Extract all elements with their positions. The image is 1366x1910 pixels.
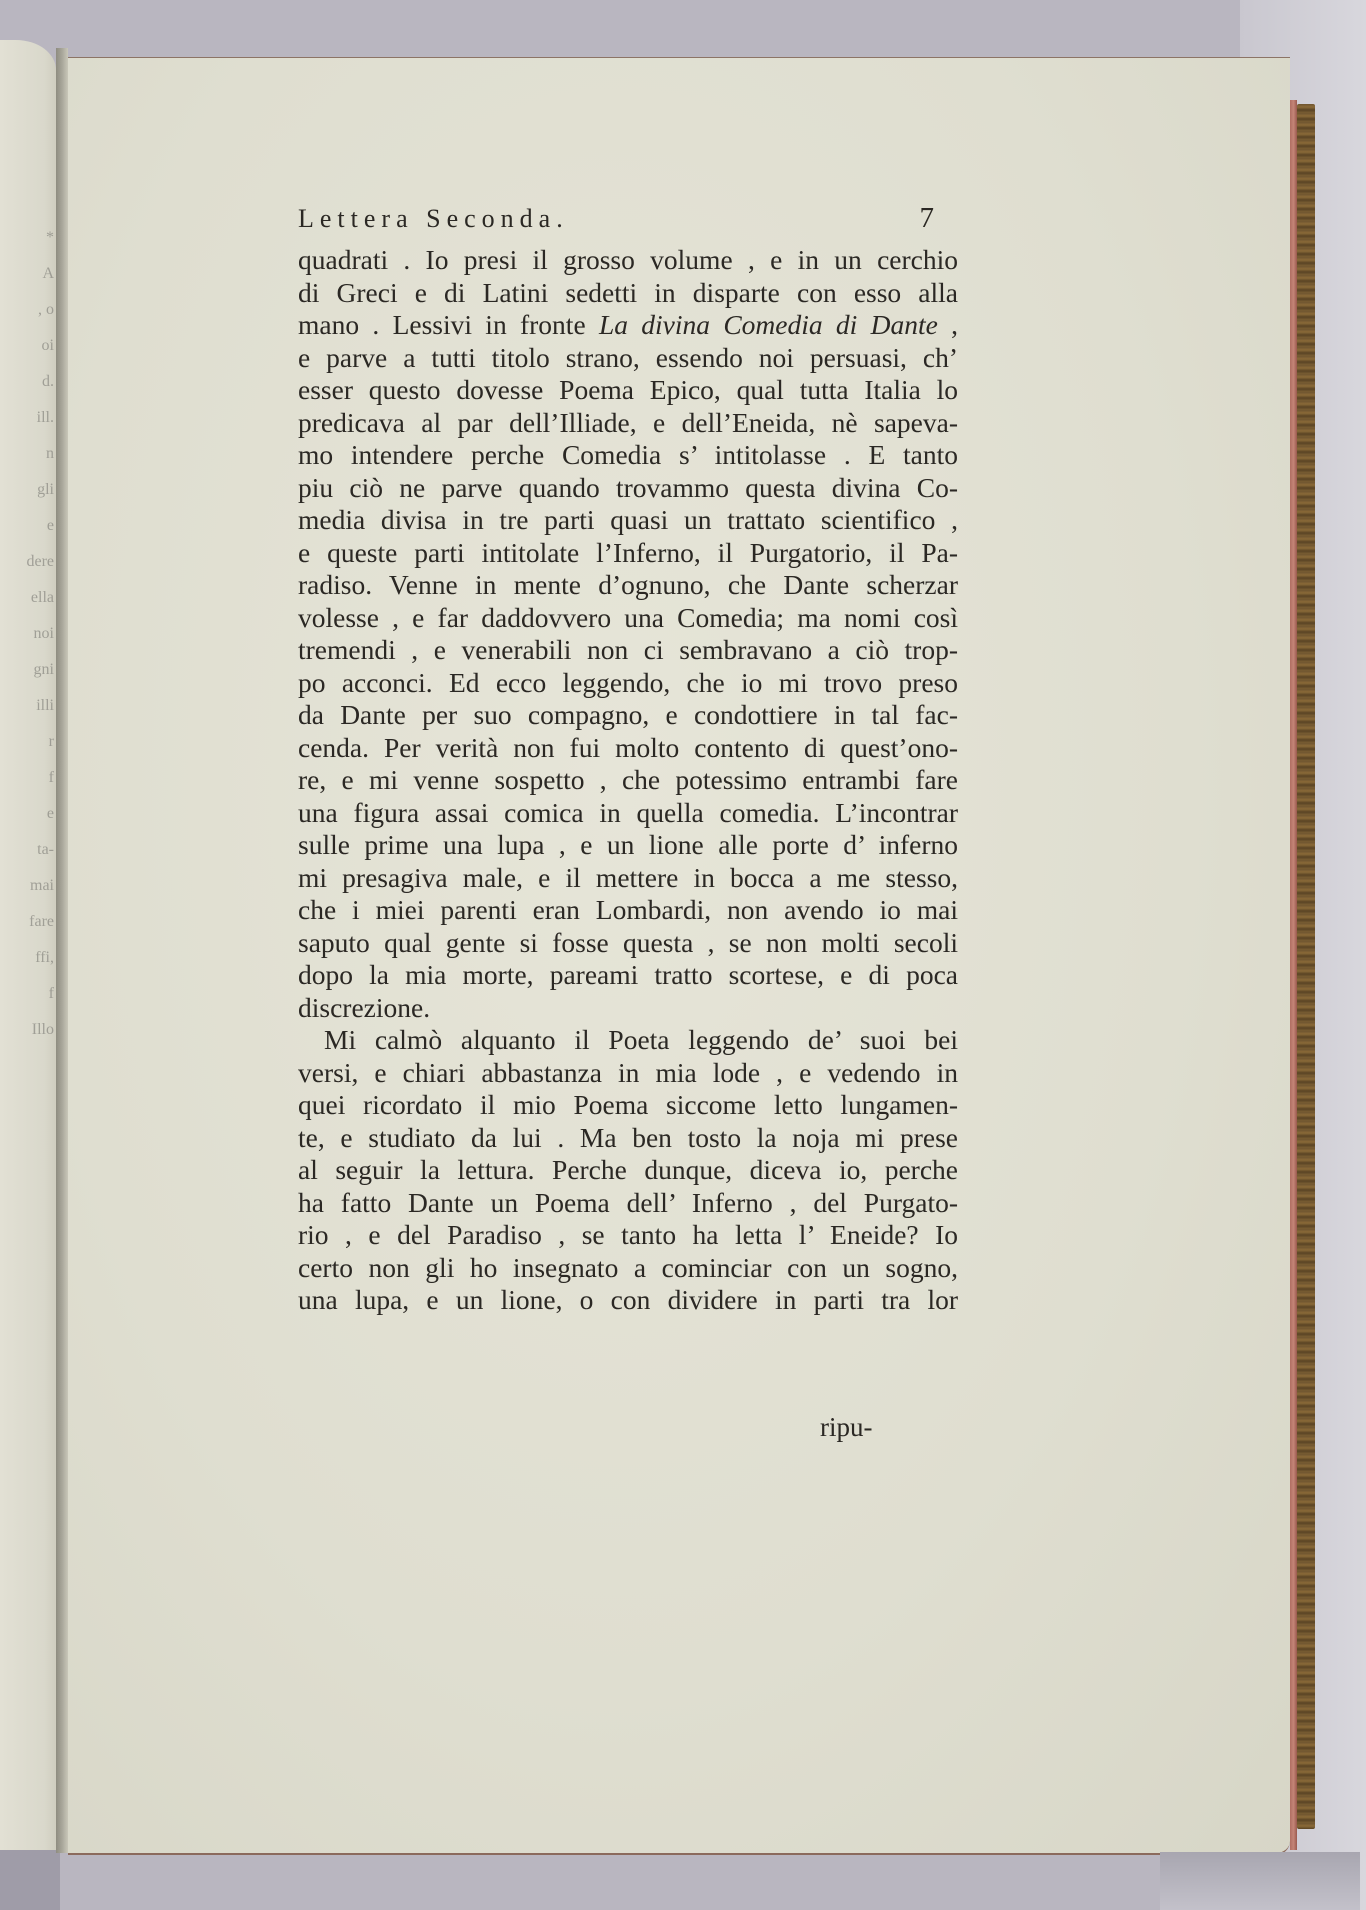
left-page-fragment: dere xyxy=(0,544,54,580)
text-line: media divisa in tre parti quasi un tratt… xyxy=(298,504,958,537)
left-page-fragment: d. xyxy=(0,364,54,400)
left-page-fragment: e xyxy=(0,508,54,544)
left-page-fragment: * xyxy=(0,220,54,256)
text-line: mano . Lessivi in fronte La divina Comed… xyxy=(298,309,958,342)
body-text: quadrati . Io presi il grosso volume , e… xyxy=(298,244,958,1317)
text-line: mi presagiva male, e il mettere in bocca… xyxy=(298,862,958,895)
left-page-bleed-text: *A, ooid.ill.ngliedereellanoigniillirfet… xyxy=(0,220,54,1420)
text-line: da Dante per suo compagno, e condottiere… xyxy=(298,699,958,732)
left-page-fragment: mai xyxy=(0,868,54,904)
text-line: radiso. Venne in mente d’ognuno, che Dan… xyxy=(298,569,958,602)
text-line: che i miei parenti eran Lombardi, non av… xyxy=(298,894,958,927)
text-line: sulle prime una lupa , e un lione alle p… xyxy=(298,829,958,862)
left-page-fragment: e xyxy=(0,796,54,832)
text-line: di Greci e di Latini sedetti in disparte… xyxy=(298,277,958,310)
left-page-fragment: gni xyxy=(0,652,54,688)
italic-title: La divina Comedia di Dante xyxy=(599,309,938,340)
text-line: e queste parti intitolate l’Inferno, il … xyxy=(298,537,958,570)
left-page-fragment: f xyxy=(0,760,54,796)
text-line: al seguir la lettura. Perche dunque, dic… xyxy=(298,1154,958,1187)
text-line: esser questo dovesse Poema Epico, qual t… xyxy=(298,374,958,407)
left-page-fragment: n xyxy=(0,436,54,472)
left-page-fragment: illi xyxy=(0,688,54,724)
text-line: mo intendere perche Comedia s’ intitolas… xyxy=(298,439,958,472)
text-line: ha fatto Dante un Poema dell’ Inferno , … xyxy=(298,1187,958,1220)
left-page-fragment: fare xyxy=(0,904,54,940)
text-line: quadrati . Io presi il grosso volume , e… xyxy=(298,244,958,277)
text-line: Mi calmò alquanto il Poeta leggendo de’ … xyxy=(298,1024,958,1057)
text-line: volesse , e far daddovvero una Comedia; … xyxy=(298,602,958,635)
left-page-fragment: ella xyxy=(0,580,54,616)
text-line: una figura assai comica in quella comedi… xyxy=(298,797,958,830)
running-head-title: Lettera Seconda. xyxy=(298,204,569,234)
left-page-fragment: r xyxy=(0,724,54,760)
text-line: piu ciò ne parve quando trovammo questa … xyxy=(298,472,958,505)
text-line: quei ricordato il mio Poema siccome lett… xyxy=(298,1089,958,1122)
text-line: cenda. Per verità non fui molto contento… xyxy=(298,732,958,765)
text-line: predicava al par dell’Illiade, e dell’En… xyxy=(298,407,958,440)
text-line: certo non gli ho insegnato a cominciar c… xyxy=(298,1252,958,1285)
page-fore-edge xyxy=(1290,100,1297,1850)
left-page-fragment: Illo xyxy=(0,1012,54,1048)
page-shadow xyxy=(1160,1852,1360,1910)
text-line: te, e studiato da lui . Ma ben tosto la … xyxy=(298,1122,958,1155)
left-page-edge: *A, ooid.ill.ngliedereellanoigniillirfet… xyxy=(0,40,56,1910)
leather-binding-edge xyxy=(1297,104,1315,1829)
text-line: versi, e chiari abbastanza in mia lode ,… xyxy=(298,1057,958,1090)
left-page-bottom-shadow xyxy=(0,1850,60,1910)
left-page-fragment: ffi, xyxy=(0,940,54,976)
text-line: rio , e del Paradiso , se tanto ha letta… xyxy=(298,1219,958,1252)
text-line: una lupa, e un lione, o con dividere in … xyxy=(298,1284,958,1317)
book-gutter xyxy=(56,48,68,1853)
left-page-fragment: noi xyxy=(0,616,54,652)
text-line: dopo la mia morte, pareami tratto scorte… xyxy=(298,959,958,992)
left-page-fragment: ta- xyxy=(0,832,54,868)
left-page-fragment: f xyxy=(0,976,54,1012)
text-line: saputo qual gente si fosse questa , se n… xyxy=(298,927,958,960)
text-line: tremendi , e venerabili non ci sembravan… xyxy=(298,634,958,667)
left-page-fragment: A xyxy=(0,256,54,292)
text-line: discrezione. xyxy=(298,992,958,1025)
left-page-fragment: , o xyxy=(0,292,54,328)
text-line: e parve a tutti titolo strano, essendo n… xyxy=(298,342,958,375)
left-page-fragment: oi xyxy=(0,328,54,364)
text-line: re, e mi venne sospetto , che potessimo … xyxy=(298,764,958,797)
left-page-fragment: ill. xyxy=(0,400,54,436)
running-head: Lettera Seconda. 7 xyxy=(298,204,958,236)
page-number: 7 xyxy=(920,202,935,235)
left-page-fragment: gli xyxy=(0,472,54,508)
catchword: ripu- xyxy=(820,1412,872,1443)
text-line: po acconci. Ed ecco leggendo, che io mi … xyxy=(298,667,958,700)
